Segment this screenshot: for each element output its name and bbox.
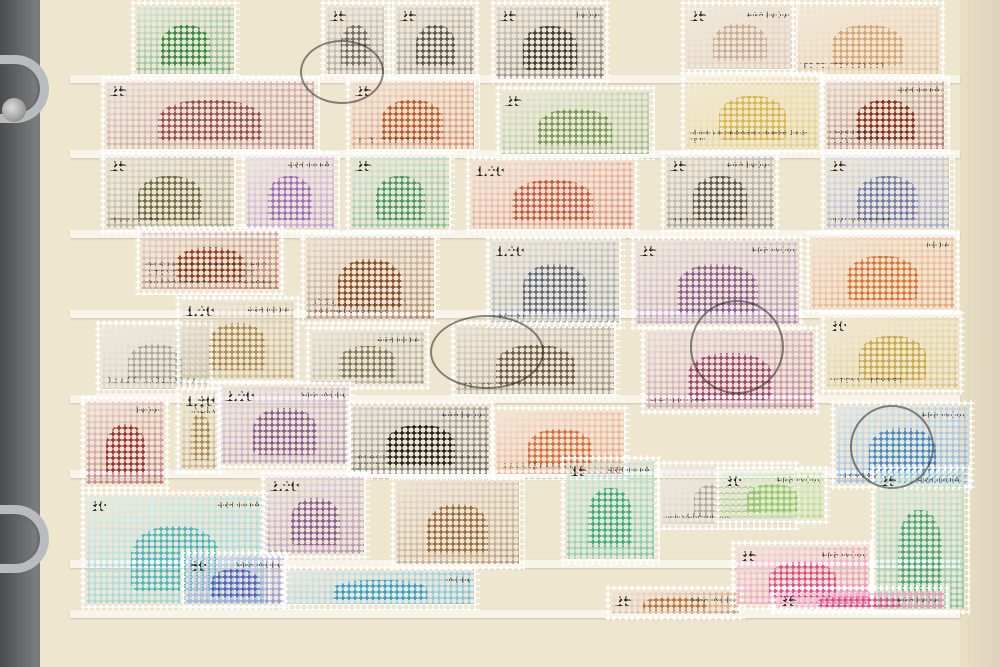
stamp-denomination: 15 xyxy=(570,463,587,480)
stamp-artwork: 25 xyxy=(501,91,649,154)
stamp-denomination: 25 xyxy=(330,8,347,25)
stamp-artwork: भारत INDIA xyxy=(246,156,334,229)
stamp-artwork: 25भारत INDIA xyxy=(686,6,794,69)
stamp-artwork: 25 xyxy=(396,6,474,74)
stamp-denomination: 30 xyxy=(90,498,107,515)
postage-stamp: 25मोहम्मद अली जौहर xyxy=(100,150,240,235)
stamp-denomination: 35 xyxy=(780,593,797,609)
stamp-denomination: 25 xyxy=(110,158,127,175)
postage-stamp: 25INDIA xyxy=(490,0,610,85)
postage-stamp: 15भारत INDIA xyxy=(560,455,660,565)
stamp-artwork: 25INDIA xyxy=(496,6,604,79)
stamp-country: भारत INDIA xyxy=(246,305,290,315)
postage-stamp: ELECTRIC LAMP xyxy=(640,325,820,415)
postage-stamp: 30भारत INDIA xyxy=(715,465,830,525)
postage-stamp: 25भारत INDIA xyxy=(630,235,805,330)
postage-stamp: LEO TOLSTOY 1828-1910 xyxy=(790,0,945,80)
postage-stamp: 25BHAI PARMANAND xyxy=(820,150,955,235)
stamp-caption: बच्चे की मुस्कान-राष्ट्र की शान HAPPY CH… xyxy=(310,300,430,316)
postage-stamp: 25 xyxy=(495,85,655,160)
stamp-portrait-icon xyxy=(211,569,260,598)
stamp-portrait-icon xyxy=(847,256,919,300)
stamp-portrait-icon xyxy=(832,25,904,66)
stamp-caption: ELECTRIC LAMP xyxy=(650,398,810,406)
stamp-artwork: 25भारत INDIA xyxy=(611,591,739,614)
stamp-artwork: 30NATIONAL ARCHIVES xyxy=(826,316,959,389)
stamp-artwork xyxy=(396,481,519,564)
stamp-portrait-icon xyxy=(523,264,587,314)
postage-stamp: INDIA xyxy=(280,565,480,610)
stamp-artwork: भारत INDIAआगे बढ़ो GROW UP WITH GOOD BOO… xyxy=(351,406,489,474)
stamp-denomination: 25 xyxy=(690,8,707,25)
postage-stamp: INDIA xyxy=(805,230,960,315)
stamp-artwork: 25मोहम्मद अली जौहर xyxy=(106,156,234,229)
stamp-artwork: 25BHAI PARMANAND xyxy=(826,156,949,229)
stamp-portrait-icon xyxy=(268,176,312,220)
stamp-denomination: 25 xyxy=(640,243,657,260)
stamp-caption: शिकनर्स हॉर्स SKINNERS HORSE 1803-1978 xyxy=(690,130,815,146)
stamp-portrait-icon xyxy=(376,176,425,220)
stamp-portrait-icon xyxy=(688,353,772,400)
postage-stamp: 1.001879-1955 xyxy=(485,235,625,330)
postage-stamp: भारत INDIACHAKRAVARTI RAJAGOPALACHARI xyxy=(820,75,950,155)
stamp-artwork: भारत INDIA xyxy=(311,331,424,384)
stamp-caption: PUNJAB REGIMENT xyxy=(670,218,770,226)
stamp-portrait-icon xyxy=(333,580,427,600)
stamp-caption: बच्चे की मुस्कान-राष्ट्र की शान HAPPY CH… xyxy=(145,262,275,286)
stamp-country: भारत INDIA xyxy=(606,465,650,475)
postage-stamp: 25भारत INDIAPUNJAB REGIMENT xyxy=(660,150,780,235)
stamp-artwork: 15भारत INDIA xyxy=(566,461,654,559)
stamp-artwork: INDIA xyxy=(286,571,474,604)
stamp-caption: आगे बढ़ो GROW UP WITH GOOD BOOKS पुस्तक … xyxy=(355,455,485,471)
stamp-portrait-icon xyxy=(677,264,759,314)
stamp-country: भारत INDIA xyxy=(921,410,965,420)
stamp-portrait-icon xyxy=(191,413,210,460)
stamp-denomination: 30 xyxy=(725,473,742,490)
stamp-denomination: 1.00 xyxy=(495,243,524,260)
stamp-artwork: 25 xyxy=(351,156,449,229)
stamp-portrait-icon xyxy=(859,336,926,380)
stamp-country: भारत INDIA xyxy=(441,410,485,420)
stamp-artwork: भारत INDIACHAKRAVARTI RAJAGOPALACHARI xyxy=(826,81,944,149)
stamp-denomination: 25 xyxy=(880,473,897,490)
stamp-caption: NATIONAL ARCHIVES xyxy=(830,378,955,386)
stamp-portrait-icon xyxy=(898,510,942,593)
stamp-artwork: 25भारत INDIAPUNJAB REGIMENT xyxy=(666,156,774,229)
stamp-portrait-icon xyxy=(588,488,632,547)
stamp-denomination: 2.00 xyxy=(225,388,254,405)
stamp-artwork: 2.00भारत INDIA xyxy=(221,386,349,464)
stamp-country: INDIA xyxy=(446,575,470,585)
stamp-portrait-icon xyxy=(291,498,340,545)
stamp-portrait-icon xyxy=(161,25,210,66)
stamp-portrait-icon xyxy=(416,25,455,66)
stamp-country: भारत INDIA xyxy=(376,335,420,345)
stamp-denomination: 2.00 xyxy=(270,478,299,495)
stamp-portrait-icon xyxy=(713,24,767,62)
stamp-country: भारत INDIA xyxy=(301,390,345,400)
stamp-artwork: 2.00 xyxy=(266,476,364,554)
stamp-country: INDIA xyxy=(926,240,950,250)
stamp-portrait-icon xyxy=(747,484,799,513)
postage-stamp: 25भारत INDIA xyxy=(680,0,800,75)
stamp-country: भारत INDIA xyxy=(726,160,770,170)
stamp-artwork: 1.001879-1955 xyxy=(491,241,619,324)
postage-stamp: शिकनर्स हॉर्स SKINNERS HORSE 1803-1978 xyxy=(680,70,825,155)
stamp-artwork: INDIA xyxy=(86,401,164,484)
stamp-denomination: 25 xyxy=(355,83,372,100)
stamp-portrait-icon xyxy=(106,424,145,474)
stamp-caption: BHAI PARMANAND xyxy=(830,218,945,226)
stamp-artwork: बच्चे की मुस्कान-राष्ट्र की शान HAPPY CH… xyxy=(306,236,434,319)
stamp-country: भारत INDIA xyxy=(236,560,280,570)
stamp-artwork: 1904-1929 xyxy=(456,326,614,394)
stamp-country: भारत INDIA xyxy=(286,160,330,170)
postage-stamp: 25 xyxy=(100,75,320,155)
stamp-portrait-icon xyxy=(818,596,902,607)
stamp-portrait-icon xyxy=(128,344,182,382)
postage-stamp: INDIA xyxy=(80,395,170,490)
stamp-denomination: 25 xyxy=(400,8,417,25)
stamp-denomination: 25 xyxy=(110,83,127,100)
stamp-denomination: 1.00 xyxy=(475,163,504,180)
stamp-portrait-icon xyxy=(341,25,370,66)
postage-stamp: 2.00भारत INDIA xyxy=(215,380,355,470)
postage-stamp: भारत INDIA xyxy=(240,150,340,235)
postage-stamp: 1904-1929 xyxy=(450,320,620,400)
postage-stamp: भारत INDIAआगे बढ़ो GROW UP WITH GOOD BOO… xyxy=(345,400,495,480)
stamp-portrait-icon xyxy=(209,323,266,370)
stamp-country: भारत INDIA xyxy=(181,395,215,415)
stamp-denomination: 25 xyxy=(830,158,847,175)
stamp-caption: CHAKRAVARTI RAJAGOPALACHARI xyxy=(830,130,940,146)
stamp-portrait-icon xyxy=(138,176,202,220)
stamp-artwork: 25बाल दिन CHILDREN'S DAY xyxy=(351,81,474,149)
postage-stamp: 2.00 xyxy=(260,470,370,560)
stamp-portrait-icon xyxy=(693,176,747,220)
stamp-country: भारत INDIA xyxy=(896,85,940,95)
stamp-portrait-icon xyxy=(382,100,444,141)
stamp-country: भारत INDIA xyxy=(746,10,790,20)
stamp-country: भारत INDIA xyxy=(896,595,940,605)
postage-stamp: 1.00भारत INDIA xyxy=(175,295,300,385)
postage-stamp: बच्चे की मुस्कान-राष्ट्र की शान HAPPY CH… xyxy=(135,225,285,295)
stamp-artwork: LEO TOLSTOY 1828-1910 xyxy=(796,6,939,74)
stamp-portrait-icon xyxy=(538,109,612,147)
stamp-denomination: 50 xyxy=(190,558,207,575)
stamp-artwork: 30भारत INDIA xyxy=(721,471,824,519)
postage-stamp: 25 xyxy=(320,0,390,80)
postage-stamp xyxy=(390,475,525,570)
stamp-caption: बाल दिन CHILDREN'S DAY xyxy=(355,138,470,146)
stamp-portrait-icon xyxy=(512,180,594,221)
stamp-denomination: 25 xyxy=(615,593,632,610)
stamp-artwork: 1.00 xyxy=(471,161,634,229)
stamp-portrait-icon xyxy=(523,26,577,70)
postage-stamp: 50भारत INDIA xyxy=(180,550,290,610)
postage-stamp: 25 xyxy=(390,0,480,80)
postage-stamp: 25 xyxy=(345,150,455,235)
stamp-artwork: शिकनर्स हॉर्स SKINNERS HORSE 1803-1978 xyxy=(686,76,819,149)
stamp-country: भारत INDIA xyxy=(216,500,260,510)
stamp-artwork xyxy=(136,6,234,74)
stamp-country: भारत INDIA xyxy=(916,475,960,485)
stamp-country: भारत INDIA xyxy=(751,245,795,255)
stamp-country: भारत INDIA xyxy=(691,595,735,605)
stamp-artwork: 1.00भारत INDIA xyxy=(181,391,219,469)
stamp-denomination: 30 xyxy=(830,318,847,335)
postage-stamp: 30NATIONAL ARCHIVES xyxy=(820,310,965,395)
stamp-artwork: 1.00भारत INDIA xyxy=(181,301,294,379)
stamp-portrait-icon xyxy=(857,176,919,220)
stamp-artwork: 25भारत INDIA xyxy=(636,241,799,324)
stamp-portrait-icon xyxy=(253,408,317,455)
postage-stamp: 1.00 xyxy=(465,155,640,235)
stamp-denomination: 1.00 xyxy=(185,303,214,320)
stamp-caption: 1904-1929 xyxy=(460,383,610,391)
stamp-portrait-icon xyxy=(339,346,396,378)
postage-stamp: 35भारत INDIA xyxy=(770,585,950,615)
stamp-country: भारत INDIA xyxy=(776,475,820,485)
stamp-artwork: INDIA xyxy=(811,236,954,309)
postage-stamp: 25बाल दिन CHILDREN'S DAY xyxy=(345,75,480,155)
stamp-artwork: ELECTRIC LAMP xyxy=(646,331,814,409)
stamp-denomination: 35 xyxy=(740,548,757,565)
stamp-artwork: 25 xyxy=(326,6,384,74)
stamp-denomination: 25 xyxy=(500,8,517,25)
postage-stamp: 25भारत INDIA xyxy=(605,585,745,620)
stamp-denomination: 25 xyxy=(670,158,687,175)
stamp-denomination: 25 xyxy=(505,93,522,110)
stamp-artwork: 50भारत INDIA xyxy=(186,556,284,604)
stamp-portrait-icon xyxy=(496,345,575,386)
stamp-artwork: बच्चे की मुस्कान-राष्ट्र की शान HAPPY CH… xyxy=(141,231,279,289)
stamp-country: INDIA xyxy=(576,10,600,20)
stamp-artwork: 25 xyxy=(106,81,314,149)
stamp-portrait-icon xyxy=(427,504,489,554)
stamp-country: भारत INDIA xyxy=(821,550,865,560)
stamp-country: INDIA xyxy=(136,405,160,415)
stamp-denomination: 25 xyxy=(355,158,372,175)
postage-stamp: बच्चे की मुस्कान-राष्ट्र की शान HAPPY CH… xyxy=(300,230,440,325)
stamp-artwork: 35भारत INDIA xyxy=(776,591,944,609)
binder-rivet xyxy=(2,98,26,122)
stamp-portrait-icon xyxy=(158,100,262,141)
postage-stamp xyxy=(130,0,240,80)
